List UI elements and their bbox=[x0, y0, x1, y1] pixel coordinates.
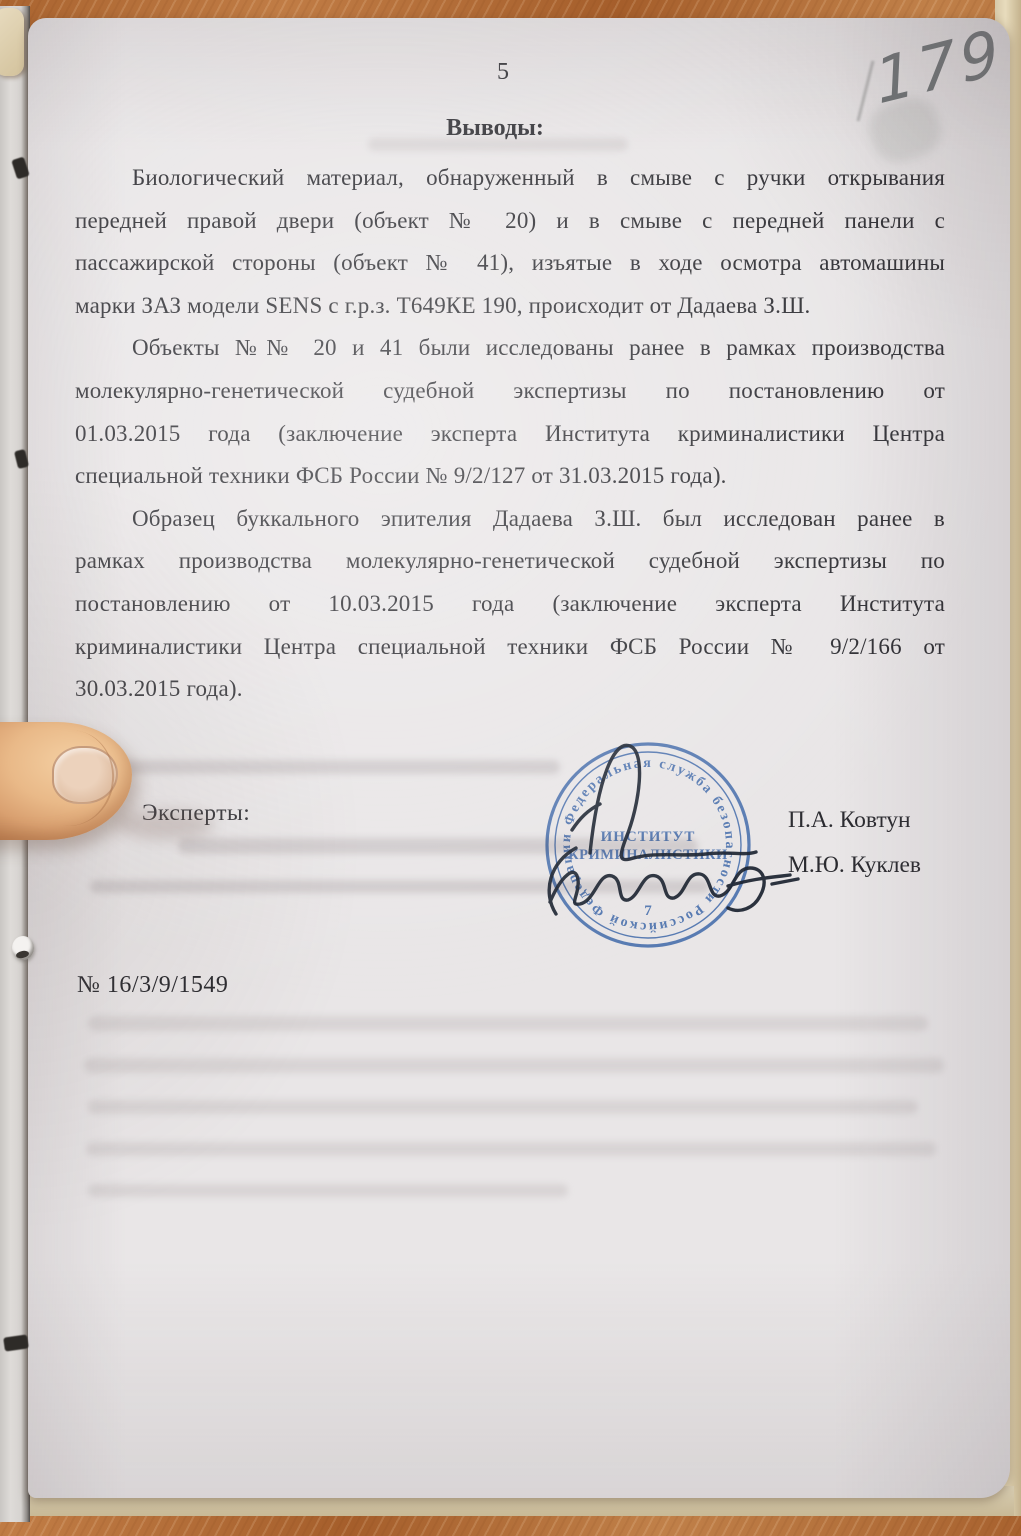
bleed-through-line bbox=[84, 1058, 944, 1073]
finger-crease bbox=[20, 724, 121, 831]
bleed-through-line bbox=[120, 760, 560, 774]
bleed-through-line bbox=[88, 1100, 918, 1114]
bleed-through-line bbox=[86, 1142, 936, 1156]
hole-shadow bbox=[15, 950, 29, 960]
text-line: 01.03.2015 года (заключение эксперта Инс… bbox=[75, 413, 945, 456]
text-line: Объекты №№ 20 и 41 были исследованы ране… bbox=[75, 327, 945, 370]
handwritten-sheet-number: 179 bbox=[871, 16, 1007, 117]
bleed-through-line bbox=[88, 1016, 928, 1031]
text-line: постановлению от 10.03.2015 года (заключ… bbox=[75, 583, 945, 626]
text-line: криминалистики Центра специальной техник… bbox=[75, 626, 945, 669]
binding-hole bbox=[12, 936, 34, 960]
text-line: передней правой двери (объект № 20) и в … bbox=[75, 200, 945, 243]
bleed-through-line bbox=[88, 1184, 568, 1197]
text-line: специальной техники ФСБ России № 9/2/127… bbox=[75, 455, 945, 498]
text-line: молекулярно-генетической судебной экспер… bbox=[75, 370, 945, 413]
page-number: 5 bbox=[12, 58, 994, 86]
text-line: Образец буккального эпителия Дадаева З.Ш… bbox=[75, 498, 945, 541]
text-line: 30.03.2015 года). bbox=[75, 668, 945, 711]
text-line: Биологический материал, обнаруженный в с… bbox=[75, 157, 945, 200]
photo-of-document: { "document": { "page_number": "5", "han… bbox=[0, 0, 1021, 1536]
finger-shadow bbox=[118, 810, 214, 840]
expert-signatures bbox=[498, 708, 838, 948]
document-body-text: Биологический материал, обнаруженный в с… bbox=[75, 157, 945, 711]
text-line: рамках производства молекулярно-генетиче… bbox=[75, 540, 945, 583]
document-page: 5 Выводы: Биологический материал, обнару… bbox=[28, 18, 1010, 1498]
text-line: пассажирской стороны (объект № 41), изъя… bbox=[75, 242, 945, 285]
document-title: Выводы: bbox=[4, 112, 986, 144]
text-line: марки ЗАЗ модели SENS с г.р.з. Т649КЕ 19… bbox=[75, 285, 945, 328]
document-number: № 16/3/9/1549 bbox=[77, 972, 228, 999]
